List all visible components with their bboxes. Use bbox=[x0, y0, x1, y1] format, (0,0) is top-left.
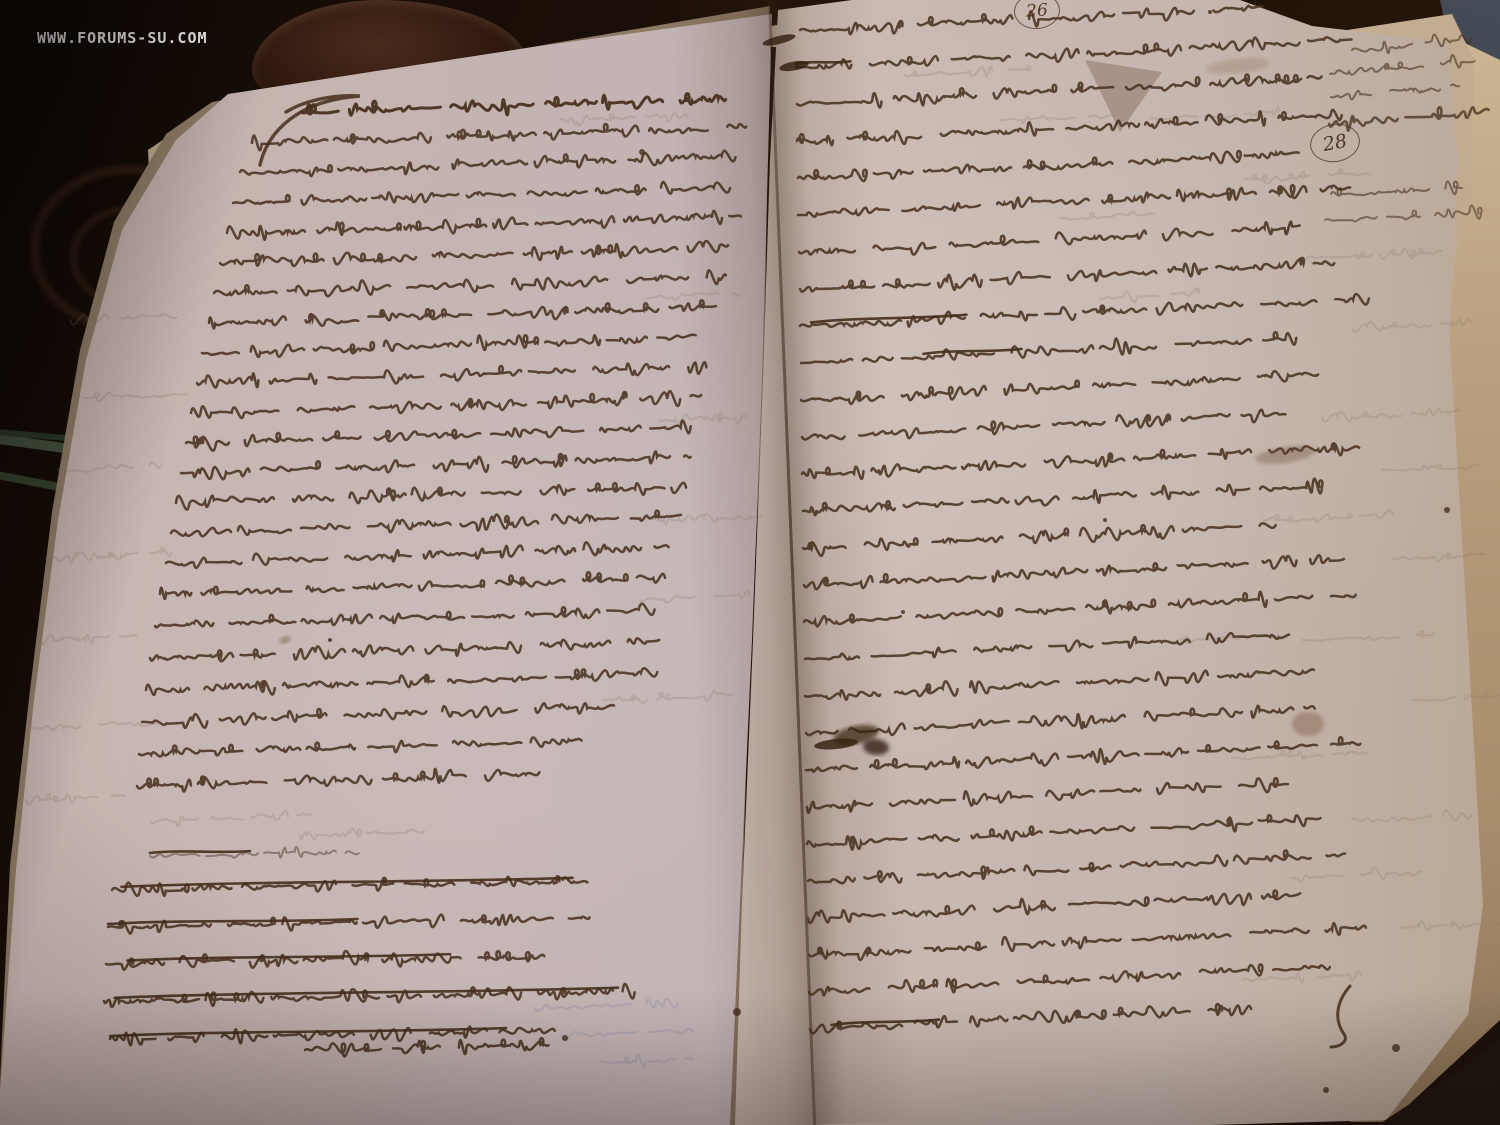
handwriting-ink-layer bbox=[0, 0, 1500, 1125]
handwriting-line bbox=[809, 923, 1366, 960]
ghost-line bbox=[150, 811, 312, 826]
ghost-line bbox=[46, 547, 171, 562]
handwriting-line bbox=[805, 669, 1314, 700]
ghost-line bbox=[1300, 249, 1441, 260]
handwriting-line bbox=[139, 737, 582, 756]
ghost-line bbox=[1245, 169, 1370, 183]
ink-speck bbox=[901, 610, 905, 614]
ghost-line bbox=[1402, 921, 1500, 930]
handwriting-line bbox=[142, 703, 614, 728]
ghost-line bbox=[560, 112, 688, 126]
ink-speck bbox=[562, 1035, 568, 1041]
handwriting-line bbox=[191, 391, 701, 418]
handwriting-line bbox=[233, 182, 730, 205]
handwriting-line bbox=[252, 124, 746, 150]
handwriting-line bbox=[802, 410, 1285, 440]
ghost-line bbox=[1352, 319, 1471, 332]
handwriting-line bbox=[797, 74, 1322, 107]
ink-speck bbox=[733, 1008, 741, 1016]
handwriting-line bbox=[220, 241, 728, 266]
handwriting-line bbox=[810, 1004, 1251, 1033]
page-number-26: 26 bbox=[1026, 0, 1049, 21]
handwriting-line bbox=[808, 850, 1345, 883]
handwriting-line bbox=[800, 294, 1369, 327]
handwriting-line bbox=[150, 638, 659, 661]
ink-blob bbox=[762, 32, 797, 48]
ghost-line bbox=[535, 999, 678, 1012]
handwriting-line bbox=[240, 151, 736, 176]
ink-blob bbox=[778, 59, 809, 73]
photo-of-open-manuscript: 26 28 WWW.FORUMS-SU.COM bbox=[0, 0, 1500, 1125]
ghost-line bbox=[1242, 971, 1361, 983]
ghost-line bbox=[26, 794, 125, 804]
ghost-line bbox=[1322, 409, 1459, 422]
ghost-line bbox=[30, 722, 157, 730]
ink-speck bbox=[1103, 518, 1107, 522]
flourish-stroke bbox=[1331, 986, 1350, 1047]
handwriting-line bbox=[1325, 206, 1482, 222]
flourish-stroke bbox=[260, 96, 360, 165]
ghost-line bbox=[562, 1029, 692, 1040]
handwriting-line bbox=[798, 185, 1350, 216]
handwriting-line bbox=[160, 572, 665, 599]
handwriting-line bbox=[805, 633, 1289, 659]
ink-stain bbox=[278, 635, 292, 646]
handwriting-line bbox=[799, 222, 1300, 255]
ink-stain bbox=[1205, 56, 1270, 77]
page-number-28: 28 bbox=[1321, 130, 1349, 156]
handwriting-line bbox=[1330, 55, 1475, 75]
ghost-line bbox=[38, 635, 137, 645]
ghost-line bbox=[70, 314, 177, 324]
ghost-line bbox=[1292, 867, 1422, 882]
handwriting-line bbox=[801, 371, 1318, 404]
handwriting-line bbox=[807, 778, 1288, 813]
handwriting-line bbox=[1352, 35, 1470, 54]
handwriting-line bbox=[804, 555, 1344, 589]
handwriting-line bbox=[227, 211, 741, 240]
ghost-line bbox=[1232, 750, 1368, 759]
ghost-line bbox=[1392, 554, 1485, 562]
ghost-line bbox=[1302, 631, 1434, 642]
handwriting-line bbox=[197, 362, 706, 387]
ghost-line bbox=[1100, 288, 1200, 302]
watermark-text: WWW.FORUMS-SU.COM bbox=[37, 29, 208, 47]
ghost-line bbox=[58, 462, 162, 471]
ink-speck bbox=[1392, 1044, 1400, 1052]
ink-speck bbox=[1444, 507, 1450, 513]
ghost-line bbox=[300, 828, 424, 839]
handwriting-line bbox=[797, 110, 1342, 145]
handwriting-line bbox=[209, 300, 716, 328]
handwriting-line bbox=[806, 706, 1315, 735]
handwriting-line bbox=[181, 451, 691, 479]
handwriting-line bbox=[801, 332, 1296, 363]
handwriting-line bbox=[804, 592, 1356, 626]
handwriting-line bbox=[108, 915, 590, 934]
ghost-line bbox=[1000, 115, 1114, 123]
ink-speck bbox=[1323, 1087, 1329, 1093]
handwriting-line bbox=[803, 523, 1276, 555]
handwriting-line bbox=[1331, 85, 1459, 100]
ghost-line bbox=[1262, 510, 1393, 522]
handwriting-line bbox=[171, 511, 681, 537]
ghost-line bbox=[1382, 464, 1478, 471]
handwriting-line bbox=[106, 951, 544, 970]
handwriting-line bbox=[176, 483, 686, 510]
ghost-line bbox=[645, 293, 740, 300]
ink-speck bbox=[639, 149, 645, 155]
ghost-line bbox=[1352, 811, 1471, 822]
handwriting-line bbox=[146, 668, 657, 695]
ghost-line bbox=[600, 1055, 692, 1067]
handwriting-line bbox=[807, 815, 1320, 849]
handwriting-line bbox=[186, 421, 691, 451]
ink-stain bbox=[1292, 712, 1324, 736]
handwriting-line bbox=[803, 479, 1323, 516]
ghost-line bbox=[1060, 212, 1154, 220]
handwriting-line bbox=[305, 1038, 549, 1056]
ink-speck bbox=[328, 638, 332, 642]
handwriting-line bbox=[166, 542, 669, 567]
handwriting-line bbox=[214, 270, 726, 296]
ghost-line bbox=[1412, 693, 1499, 700]
ink-speck bbox=[1208, 10, 1212, 14]
handwriting-line bbox=[137, 769, 539, 792]
handwriting-line bbox=[798, 151, 1299, 181]
ghost-line bbox=[660, 413, 746, 424]
handwriting-line bbox=[1329, 107, 1489, 130]
handwriting-line bbox=[155, 604, 655, 628]
ghost-line bbox=[85, 392, 187, 400]
strikethrough-line bbox=[150, 851, 250, 853]
handwriting-line bbox=[808, 890, 1300, 923]
ghost-line bbox=[640, 590, 749, 602]
handwriting-line bbox=[202, 335, 696, 357]
ghost-line bbox=[905, 66, 1030, 77]
handwriting-line bbox=[302, 94, 726, 116]
ghost-line bbox=[602, 691, 732, 703]
handwriting-line bbox=[800, 258, 1334, 292]
